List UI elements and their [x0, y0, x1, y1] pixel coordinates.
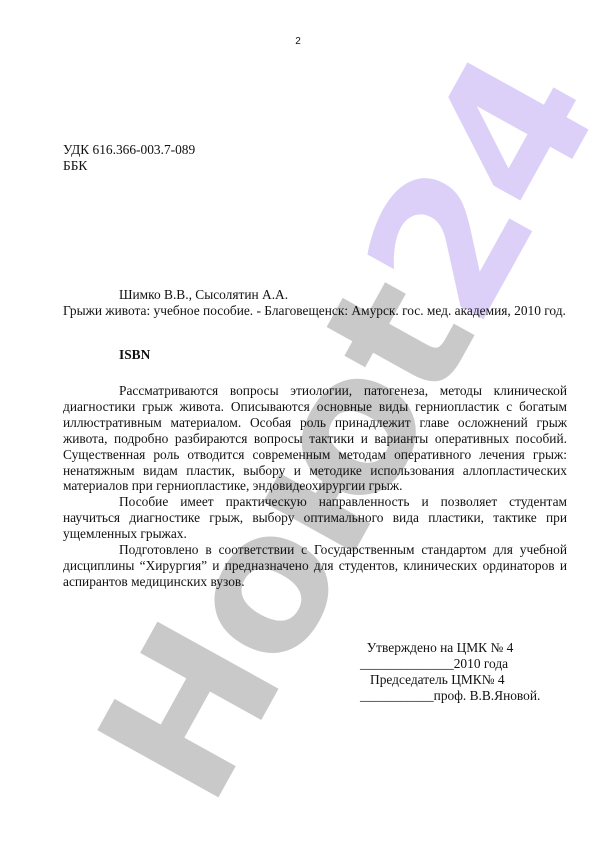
annotation-paragraph: Подготовлено в соответствии с Государств…: [63, 542, 567, 590]
udk-code: УДК 616.366-003.7-089: [63, 142, 567, 158]
chairman-line: Председатель ЦМК№ 4: [360, 672, 570, 688]
annotation: Рассматриваются вопросы этиологии, патог…: [63, 383, 567, 590]
authors: Шимко В.В., Сысолятин А.А.: [63, 287, 567, 303]
book-title-reference: Грыжи живота: учебное пособие. - Благове…: [63, 303, 567, 319]
page-number: 2: [0, 36, 596, 47]
classification-block: УДК 616.366-003.7-089 ББК: [63, 142, 567, 174]
annotation-paragraph: Рассматриваются вопросы этиологии, патог…: [63, 383, 567, 494]
annotation-paragraph: Пособие имеет практическую направленност…: [63, 494, 567, 542]
approval-date-line: ______________2010 года: [360, 656, 570, 672]
chairman-signature-line: ___________проф. В.В.Яновой.: [360, 688, 570, 704]
approval-block: Утверждено на ЦМК № 4 ______________2010…: [360, 640, 570, 704]
approval-line: Утверждено на ЦМК № 4: [360, 640, 570, 656]
bbk-code: ББК: [63, 158, 567, 174]
bibliographic-reference: Шимко В.В., Сысолятин А.А. Грыжи живота:…: [63, 287, 567, 319]
isbn-label: ISBN: [119, 347, 150, 363]
